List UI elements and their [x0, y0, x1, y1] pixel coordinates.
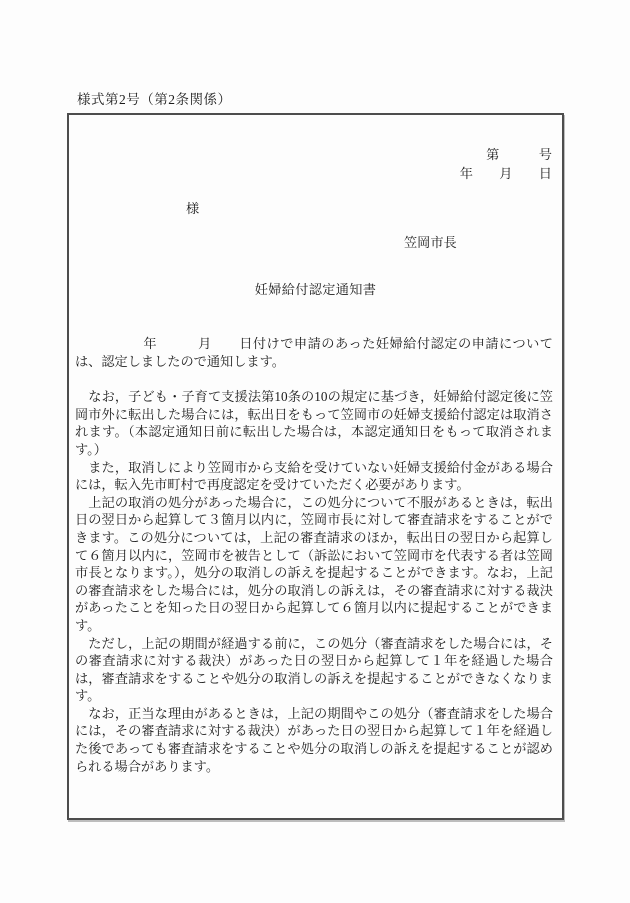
- document-page: 様式第2号（第2条関係） 第 号 年 月 日 様 笠岡市長 妊婦給付認定通知書 …: [0, 0, 630, 903]
- document-date-line: 年 月 日: [460, 165, 552, 183]
- document-border-frame: 第 号 年 月 日 様 笠岡市長 妊婦給付認定通知書 年 月 日付けで申請のあっ…: [67, 113, 564, 820]
- addressee-sama-label: 様: [186, 200, 199, 218]
- intro-paragraph: 年 月 日付けで申請のあった妊婦給付認定の申請については、認定しましたので通知し…: [75, 335, 553, 370]
- body-paragraph-justifiable-reason: なお，正当な理由があるときは，上記の期間やこの処分（審査請求をした場合には，その…: [75, 705, 553, 775]
- body-paragraph-appeal-rights: 上記の取消の処分があった場合に，この処分について不服があるときは，転出日の翌日か…: [75, 494, 553, 635]
- body-paragraph-transfer-cancellation: なお，子ども・子育て支援法第10条の10の規定に基づき，妊婦給付認定後に笠岡市外…: [75, 388, 553, 458]
- document-body: 年 月 日付けで申請のあった妊婦給付認定の申請については、認定しましたので通知し…: [75, 335, 553, 775]
- sender-mayor-name: 笠岡市長: [404, 234, 457, 252]
- form-style-label: 様式第2号（第2条関係）: [77, 88, 232, 108]
- document-title: 妊婦給付認定通知書: [69, 281, 562, 299]
- document-number-line: 第 号: [486, 146, 552, 164]
- body-paragraph-recertification: また，取消しにより笠岡市から支給を受けていない妊婦支援給付金がある場合には，転入…: [75, 459, 553, 494]
- body-paragraph-one-year-limit: ただし，上記の期間が経過する前に，この処分（審査請求をした場合には，その審査請求…: [75, 635, 553, 705]
